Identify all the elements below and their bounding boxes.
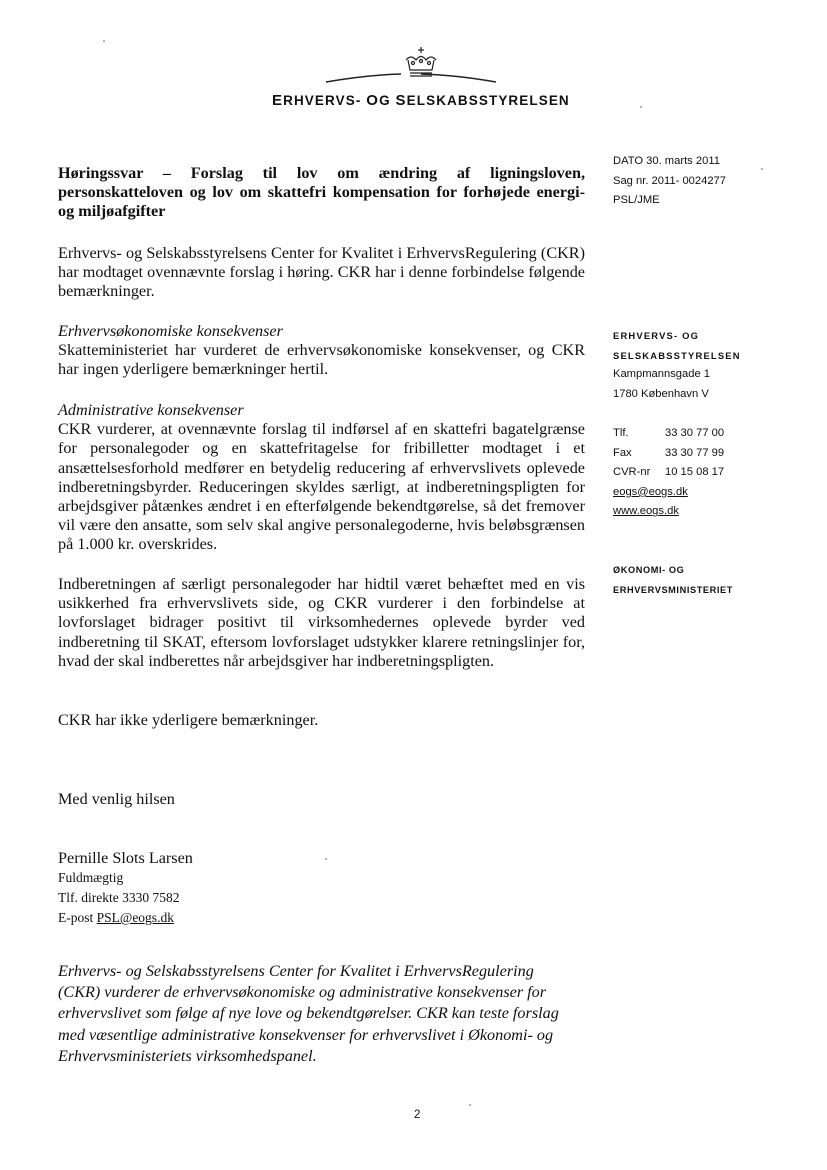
signer-title: Fuldmægtig (58, 868, 585, 888)
letter-date: DATO 30. marts 2011 (613, 152, 726, 172)
greeting: Med venlig hilsen (58, 790, 585, 809)
contact-phone: Tlf. 33 30 77 00 (613, 424, 741, 444)
contact-cvr: CVR-nr 10 15 08 17 (613, 463, 741, 483)
section-heading: Erhvervsøkonomiske konsekvenser (58, 322, 585, 341)
section-body: CKR vurderer, at ovennævnte forslag til … (58, 420, 585, 554)
paragraph-reporting: Indberetningen af særligt personalegoder… (58, 575, 585, 671)
signature-block: Pernille Slots Larsen Fuldmægtig Tlf. di… (58, 849, 585, 928)
sender-email-link[interactable]: eogs@eogs.dk (613, 486, 688, 498)
contact-fax: Fax 33 30 77 99 (613, 444, 741, 464)
signer-email: E-post PSL@eogs.dk (58, 908, 585, 928)
ministry-name: ØKONOMI- OG ERHVERVSMINISTERIET (613, 560, 733, 600)
signer-phone: Tlf. direkte 3330 7582 (58, 888, 585, 908)
intro-paragraph: Erhvervs- og Selskabsstyrelsens Center f… (58, 244, 585, 302)
footer-note: Erhvervs- og Selskabsstyrelsens Center f… (58, 961, 578, 1067)
scan-speck (103, 40, 105, 42)
scan-speck (761, 168, 763, 170)
sender-street: Kampmannsgade 1 (613, 365, 741, 385)
sender-city: 1780 København V (613, 385, 741, 405)
sender-website-link[interactable]: www.eogs.dk (613, 505, 679, 517)
initials: PSL/JME (613, 191, 726, 211)
signer-name: Pernille Slots Larsen (58, 849, 585, 868)
closing-remark: CKR har ikke yderligere bemærkninger. (58, 711, 585, 730)
scan-speck (325, 858, 327, 860)
organization-name: ERHVERVS- OG SELSKABSSTYRELSEN (272, 92, 570, 109)
letter-title: Høringssvar – Forslag til lov om ændring… (58, 164, 585, 222)
section-economic: Erhvervsøkonomiske konsekvenser Skattemi… (58, 322, 585, 380)
signer-email-link[interactable]: PSL@eogs.dk (97, 910, 174, 925)
page-number: 2 (414, 1109, 420, 1121)
scan-speck (469, 1104, 471, 1106)
letter-body: Høringssvar – Forslag til lov om ændring… (58, 164, 585, 222)
sender-name-line1: ERHVERVS- OG (613, 326, 741, 346)
scan-speck (640, 106, 642, 108)
section-heading: Administrative konsekvenser (58, 401, 585, 420)
case-number: Sag nr. 2011- 0024277 (613, 172, 726, 192)
section-administrative: Administrative konsekvenser CKR vurderer… (58, 401, 585, 555)
letter-meta: DATO 30. marts 2011 Sag nr. 2011- 002427… (613, 152, 726, 211)
sender-name-line2: SELSKABSSTYRELSEN (613, 346, 741, 366)
section-body: Skatteministeriet har vurderet de erhver… (58, 341, 585, 379)
sender-address: ERHVERVS- OG SELSKABSSTYRELSEN Kampmanns… (613, 326, 741, 522)
decorative-divider (326, 72, 496, 84)
